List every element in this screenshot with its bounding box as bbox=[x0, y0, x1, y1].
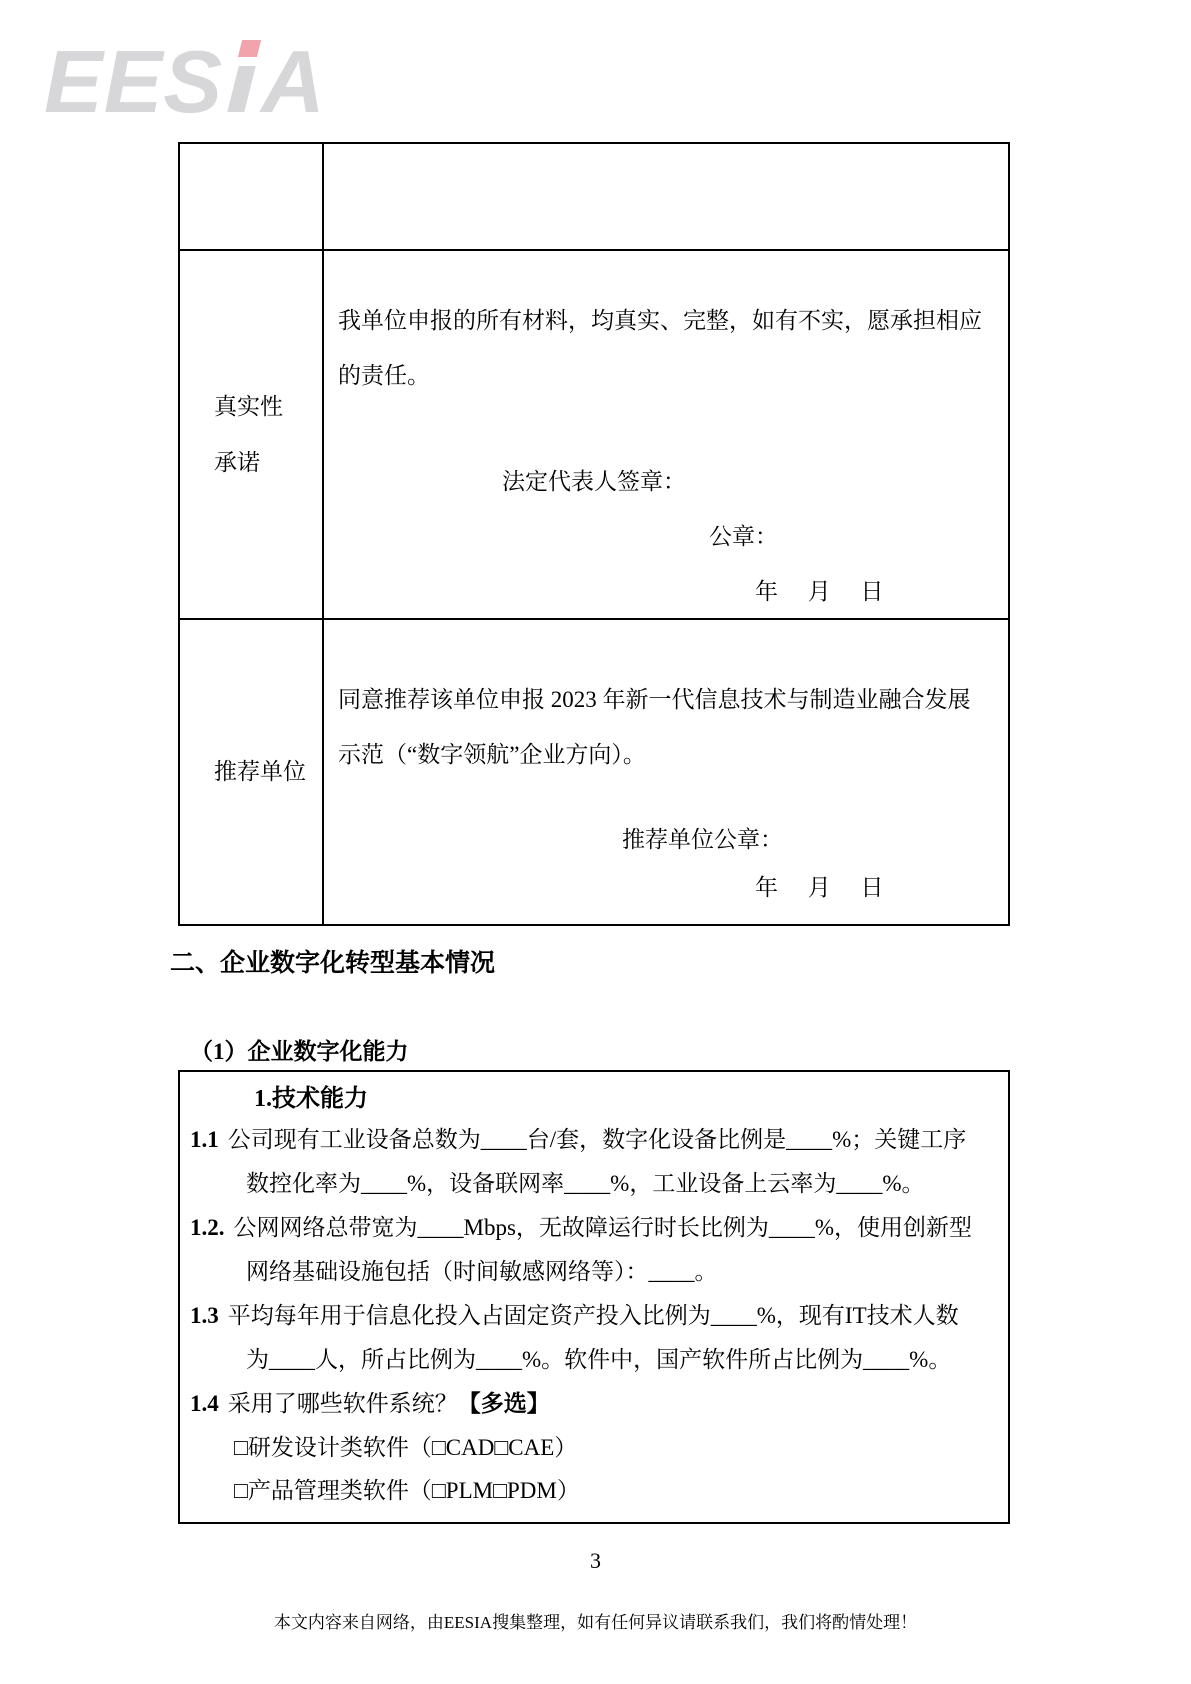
logo-text-left: EES bbox=[44, 34, 223, 130]
subsection-heading: （1）企业数字化能力 bbox=[190, 1038, 409, 1066]
official-seal-line: 公章： bbox=[338, 524, 998, 550]
commitment-table: 真实性 承诺 我单位申报的所有材料，均真实、完整，如有不实，愿承担相应 的责任。… bbox=[178, 142, 1010, 926]
commitment-paragraph-line2: 的责任。 bbox=[338, 348, 998, 403]
truthfulness-label-line2: 承诺 bbox=[214, 450, 322, 476]
item-1-3-text: 平均每年用于信息化投入占固定资产投入比例为____%，现有IT技术人数 bbox=[228, 1303, 959, 1328]
recommender-seal-line: 推荐单位公章： bbox=[338, 827, 998, 853]
commitment-paragraph-line1: 我单位申报的所有材料，均真实、完整，如有不实，愿承担相应 bbox=[338, 293, 998, 348]
software-option-rd-design: □研发设计类软件（□CAD□CAE） bbox=[190, 1426, 998, 1469]
truthfulness-content-cell: 我单位申报的所有材料，均真实、完整，如有不实，愿承担相应 的责任。 法定代表人签… bbox=[322, 249, 1008, 618]
item-1-3-line2: 为____人，所占比例为____%。软件中，国产软件所占比例为____%。 bbox=[190, 1338, 998, 1382]
logo-text-right: A bbox=[261, 34, 326, 130]
logo-i-glyph bbox=[227, 42, 257, 112]
recommendation-paragraph-line1: 同意推荐该单位申报 2023 年新一代信息技术与制造业融合发展 bbox=[338, 672, 998, 727]
item-1-3-line1: 1.3平均每年用于信息化投入占固定资产投入比例为____%，现有IT技术人数 bbox=[190, 1294, 998, 1338]
recommendation-paragraph: 同意推荐该单位申报 2023 年新一代信息技术与制造业融合发展 示范（“数字领航… bbox=[338, 672, 998, 782]
multi-select-tag: 【多选】 bbox=[458, 1391, 550, 1416]
item-1-1-text: 公司现有工业设备总数为____台/套，数字化设备比例是____%；关键工序 bbox=[228, 1127, 967, 1152]
item-1-3-number: 1.3 bbox=[190, 1303, 219, 1328]
empty-label-cell bbox=[180, 144, 322, 249]
footer-disclaimer: 本文内容来自网络，由EESIA搜集整理，如有任何异议请联系我们，我们将酌情处理！ bbox=[0, 1612, 1191, 1634]
software-option-product-mgmt: □产品管理类软件（□PLM□PDM） bbox=[190, 1469, 998, 1512]
item-1-1-number: 1.1 bbox=[190, 1127, 219, 1152]
logo-i-bar bbox=[227, 66, 255, 112]
truthfulness-label-line1: 真实性 bbox=[214, 394, 322, 420]
section-heading: 二、企业数字化转型基本情况 bbox=[170, 948, 495, 978]
empty-content-cell bbox=[322, 144, 1008, 249]
recommender-date-line: 年 月 日 bbox=[338, 875, 998, 901]
recommender-label-cell: 推荐单位 bbox=[180, 618, 322, 924]
capability-table-title: 1.技术能力 bbox=[190, 1080, 998, 1118]
item-1-2-number: 1.2. bbox=[190, 1215, 225, 1240]
item-1-1-line2: 数控化率为____%，设备联网率____%，工业设备上云率为____%。 bbox=[190, 1162, 998, 1206]
legal-representative-signature-line: 法定代表人签章： bbox=[338, 469, 998, 495]
recommender-label: 推荐单位 bbox=[214, 759, 322, 785]
recommender-content-cell: 同意推荐该单位申报 2023 年新一代信息技术与制造业融合发展 示范（“数字领航… bbox=[322, 618, 1008, 924]
item-1-4-text: 采用了哪些软件系统？ bbox=[228, 1391, 458, 1416]
item-1-2-text: 公网网络总带宽为____Mbps，无故障运行时长比例为____%，使用创新型 bbox=[234, 1215, 973, 1240]
item-1-4-number: 1.4 bbox=[190, 1391, 219, 1416]
eesia-logo: EESA bbox=[44, 34, 326, 130]
truthfulness-label-cell: 真实性 承诺 bbox=[180, 249, 322, 618]
item-1-2-line2: 网络基础设施包括（时间敏感网络等）：____。 bbox=[190, 1250, 998, 1294]
item-1-2-line1: 1.2.公网网络总带宽为____Mbps，无故障运行时长比例为____%，使用创… bbox=[190, 1206, 998, 1250]
commitment-paragraph: 我单位申报的所有材料，均真实、完整，如有不实，愿承担相应 的责任。 bbox=[338, 293, 998, 403]
logo-i-dot bbox=[238, 40, 261, 57]
item-1-4-line1: 1.4采用了哪些软件系统？【多选】 bbox=[190, 1382, 998, 1426]
item-1-1-line1: 1.1公司现有工业设备总数为____台/套，数字化设备比例是____%；关键工序 bbox=[190, 1118, 998, 1162]
tech-capability-table: 1.技术能力 1.1公司现有工业设备总数为____台/套，数字化设备比例是___… bbox=[178, 1070, 1010, 1524]
recommendation-paragraph-line2: 示范（“数字领航”企业方向）。 bbox=[338, 727, 998, 782]
date-line: 年 月 日 bbox=[338, 579, 998, 605]
document-page: { "logo": { "left": "EES", "right": "A",… bbox=[0, 0, 1191, 1684]
page-number: 3 bbox=[0, 1548, 1191, 1574]
